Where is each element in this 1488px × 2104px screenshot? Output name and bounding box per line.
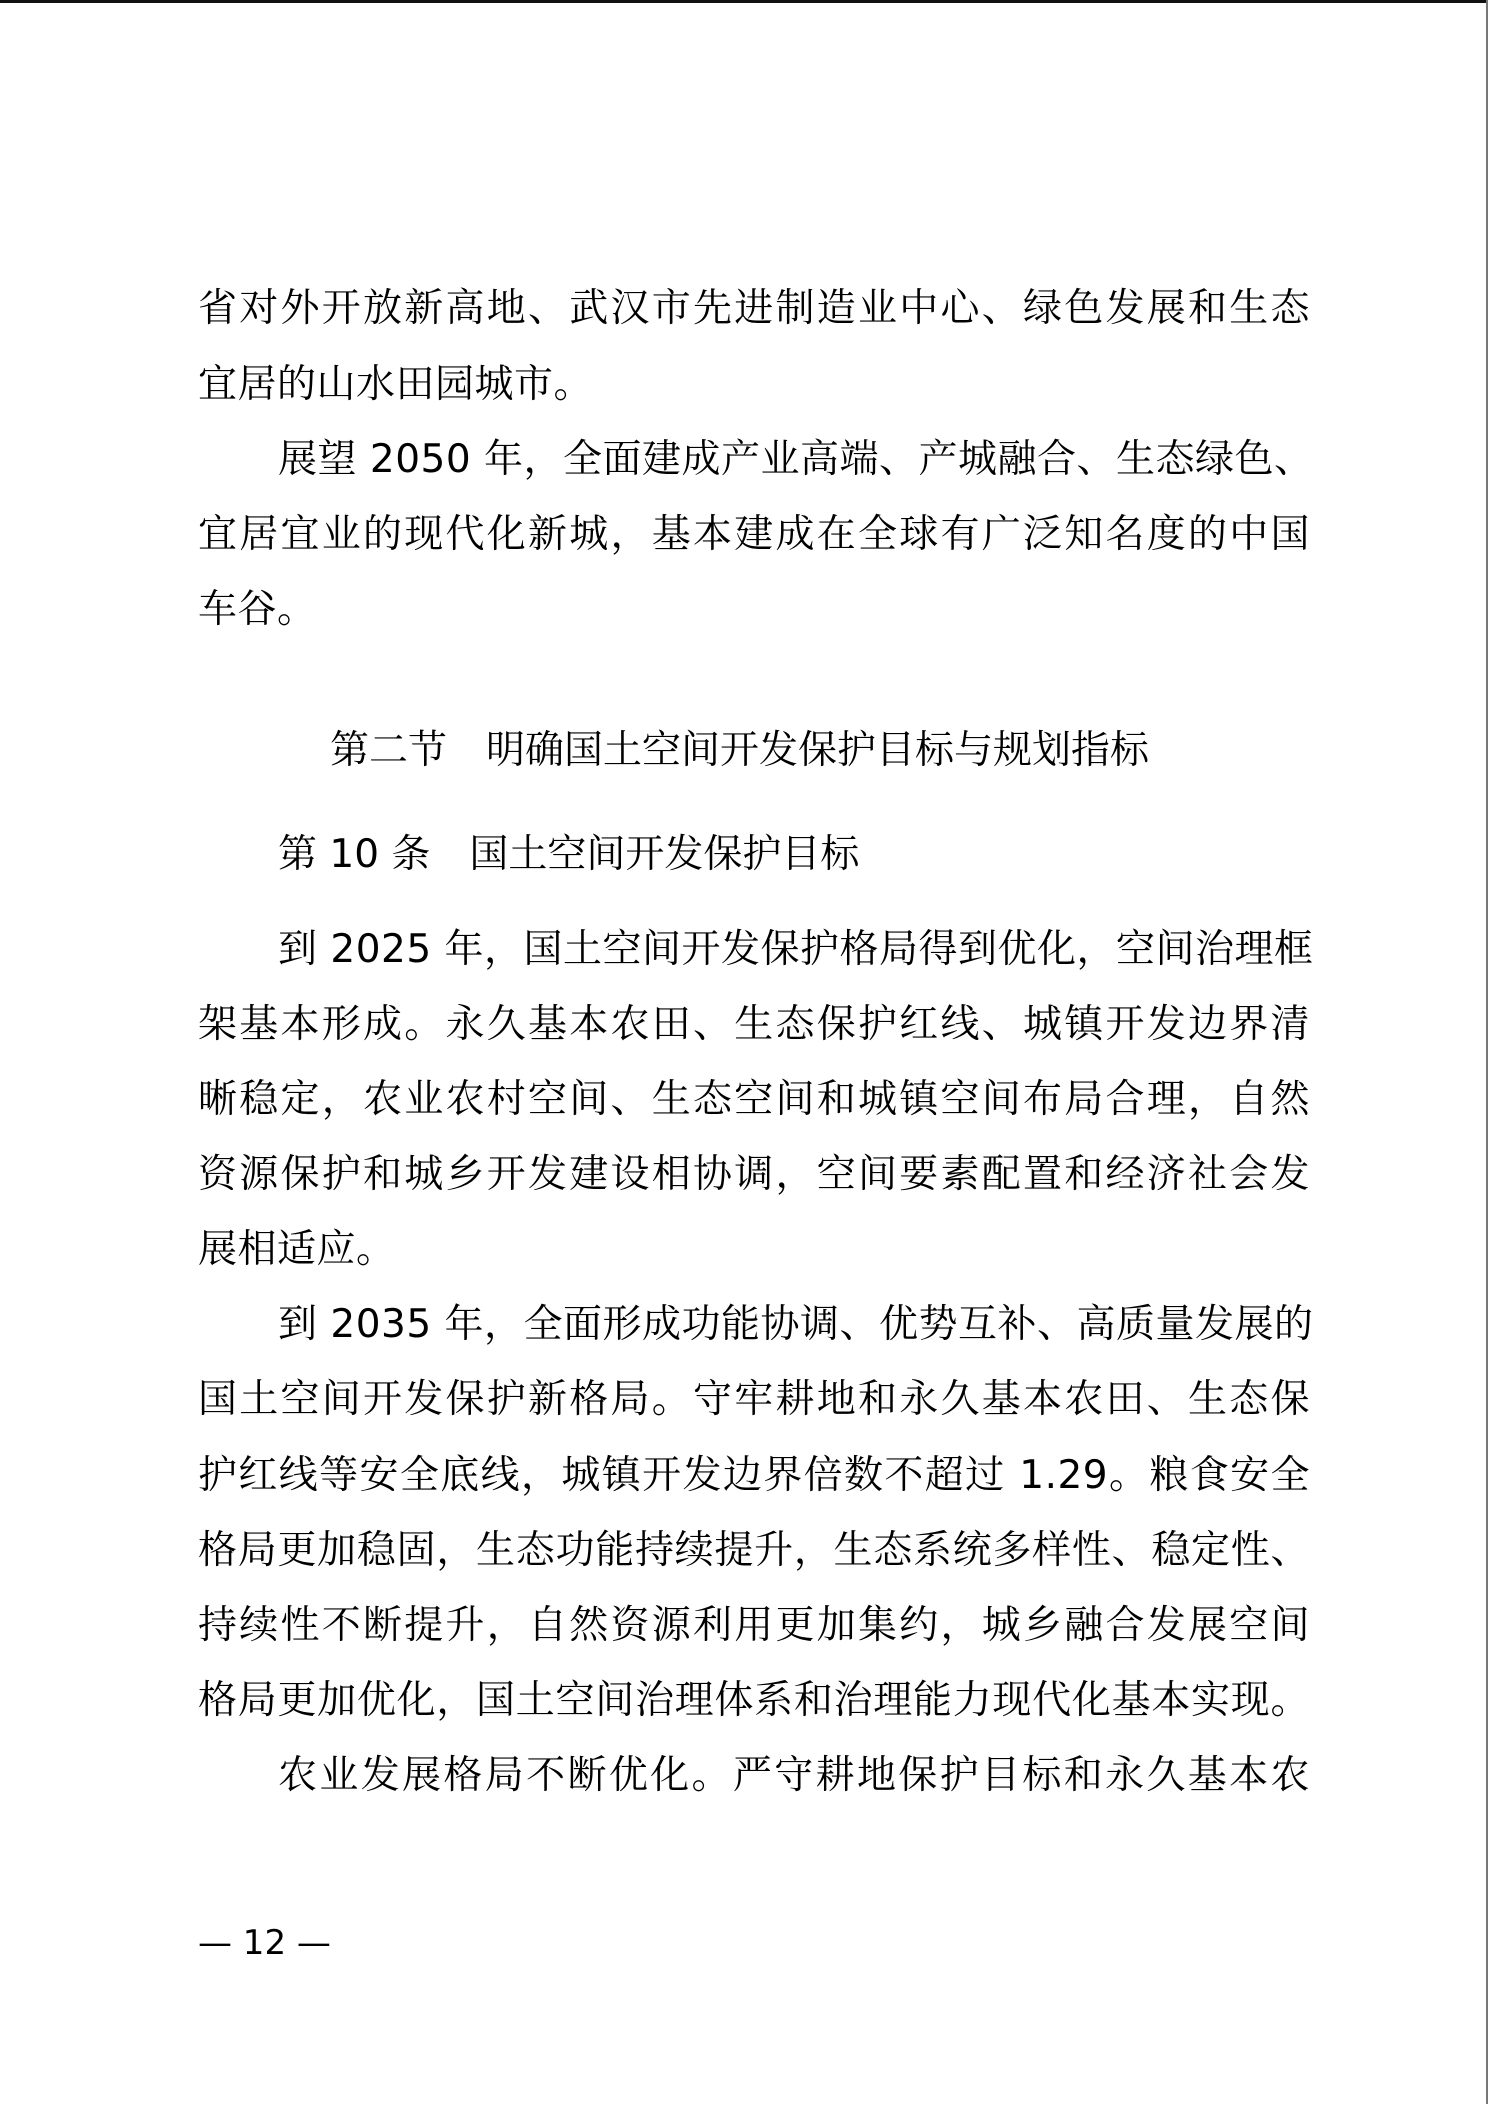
paragraph-line: 架基本形成。永久基本农田、生态保护红线、城镇开发边界清: [198, 1001, 1310, 1049]
paragraph-line: 省对外开放新高地、武汉市先进制造业中心、绿色发展和生态: [198, 285, 1310, 333]
paragraph-line: 展相适应。: [198, 1226, 1310, 1274]
paragraph-line: 格局更加稳固，生态功能持续提升，生态系统多样性、稳定性、: [198, 1527, 1310, 1575]
paragraph-line: 护红线等安全底线，城镇开发边界倍数不超过 1.29。粮食安全: [198, 1452, 1310, 1500]
paragraph-line: 格局更加优化，国土空间治理体系和治理能力现代化基本实现。: [198, 1677, 1310, 1725]
article-heading: 第 10 条 国土空间开发保护目标: [278, 831, 859, 879]
section-heading: 第二节 明确国土空间开发保护目标与规划指标: [330, 727, 1149, 775]
paragraph-line: 资源保护和城乡开发建设相协调，空间要素配置和经济社会发: [198, 1151, 1310, 1199]
page-number: — 12 —: [198, 1921, 331, 1965]
paragraph-line: 车谷。: [198, 586, 1310, 634]
paragraph-line: 宜居宜业的现代化新城，基本建成在全球有广泛知名度的中国: [198, 511, 1310, 559]
paragraph-line: 晰稳定，农业农村空间、生态空间和城镇空间布局合理，自然: [198, 1076, 1310, 1124]
paragraph-line: 展望 2050 年，全面建成产业高端、产城融合、生态绿色、: [278, 436, 1310, 484]
paragraph-line: 宜居的山水田园城市。: [198, 361, 1310, 409]
paragraph-line: 国土空间开发保护新格局。守牢耕地和永久基本农田、生态保: [198, 1376, 1310, 1424]
paragraph-line: 持续性不断提升，自然资源利用更加集约，城乡融合发展空间: [198, 1602, 1310, 1650]
paragraph-line: 农业发展格局不断优化。严守耕地保护目标和永久基本农: [278, 1752, 1310, 1800]
paragraph-line: 到 2025 年，国土空间开发保护格局得到优化，空间治理框: [278, 926, 1310, 974]
page-top-border: [0, 0, 1488, 3]
paragraph-line: 到 2035 年，全面形成功能协调、优势互补、高质量发展的: [278, 1301, 1310, 1349]
